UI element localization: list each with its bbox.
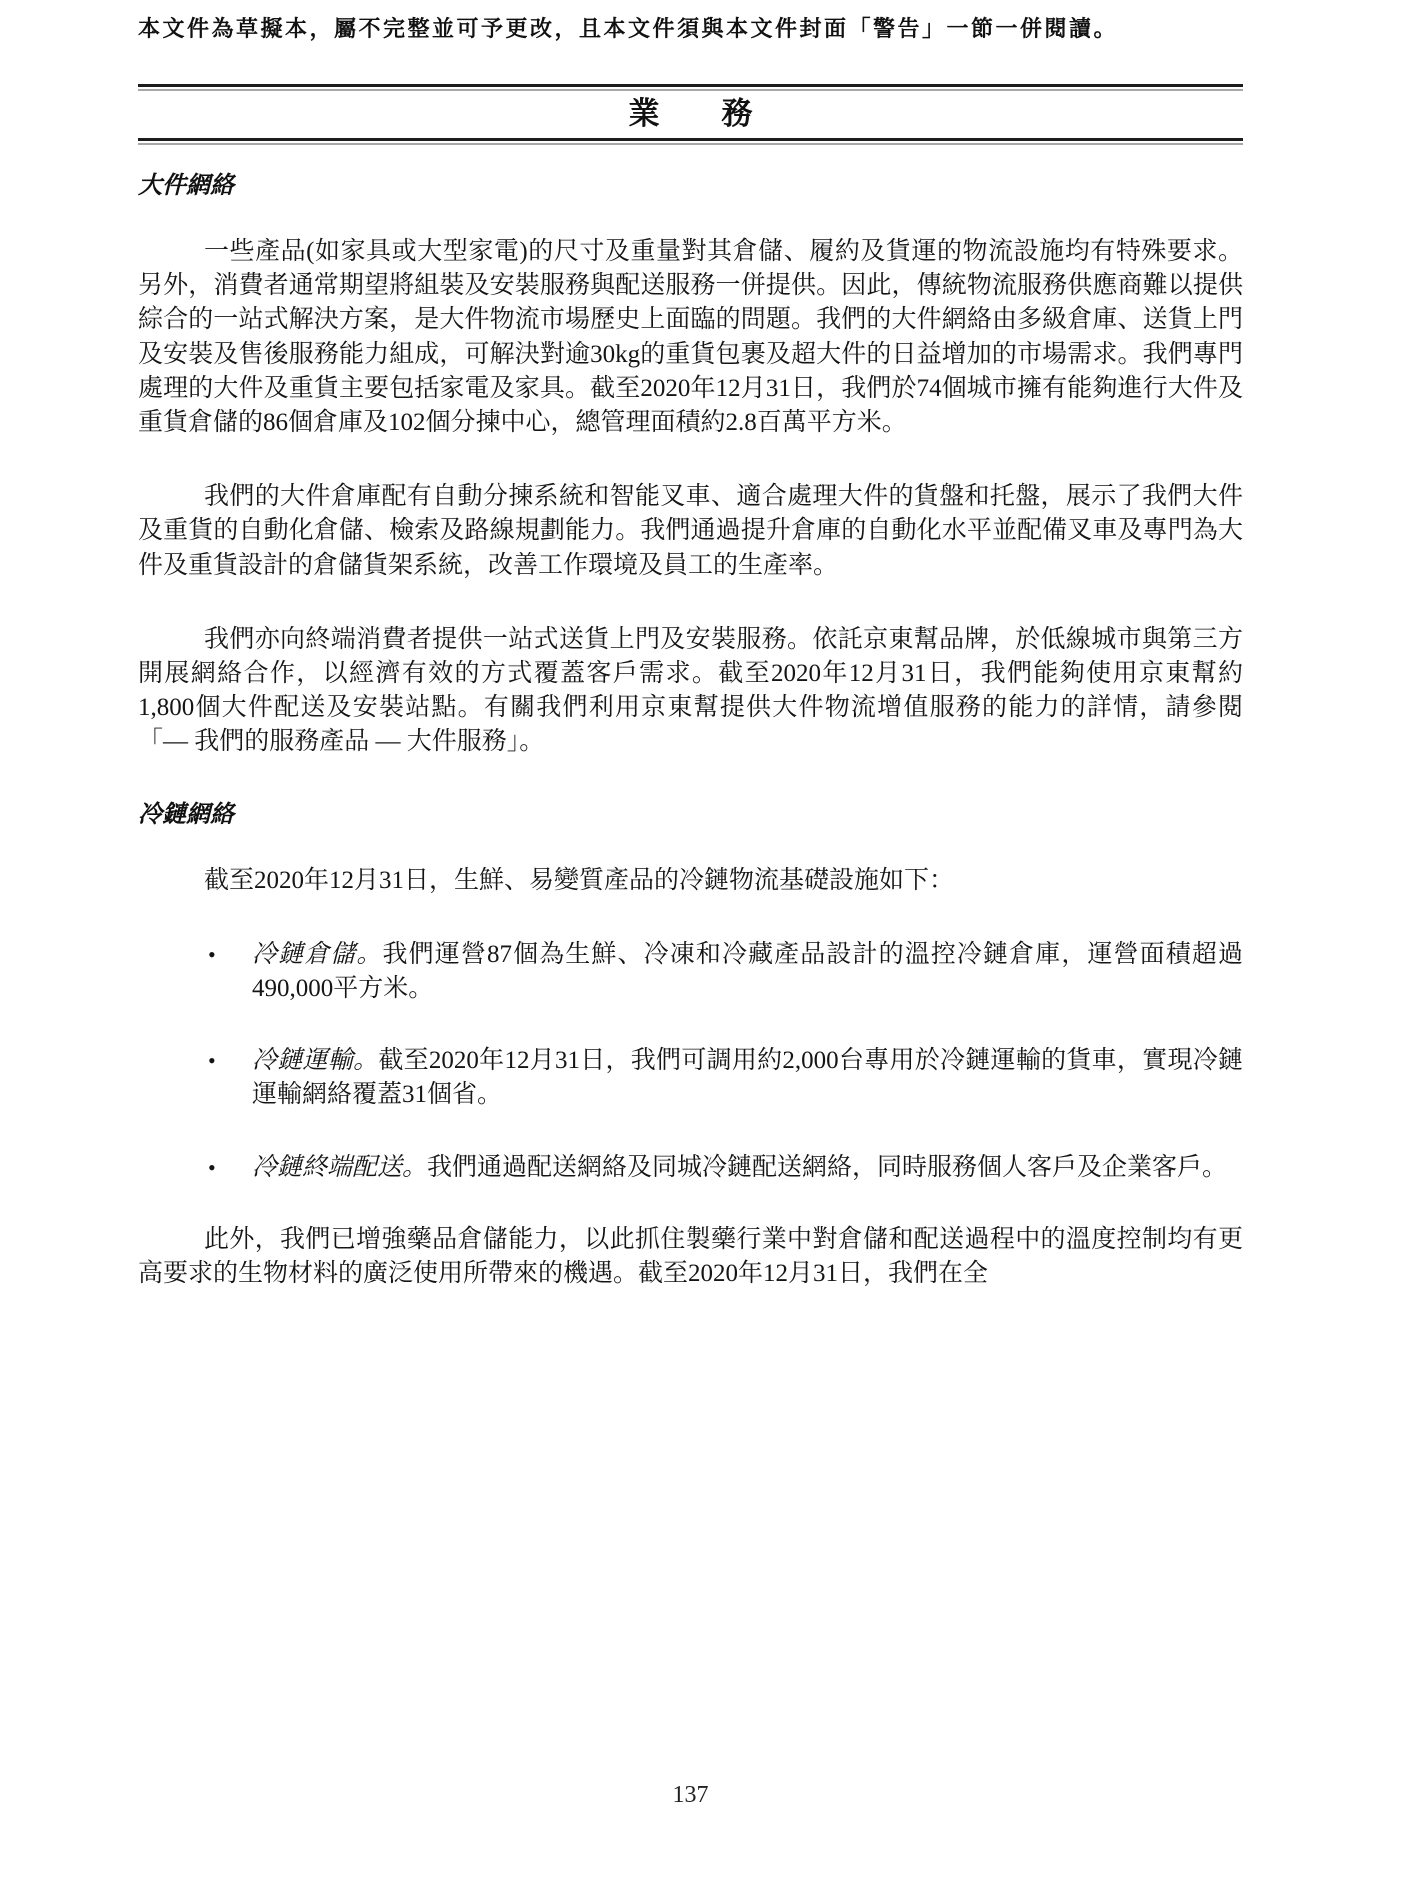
paragraph-bulky-1: 一些產品(如家具或大型家電)的尺寸及重量對其倉儲、履約及貨運的物流設施均有特殊要… [138, 235, 1243, 440]
paragraph-cold-chain-intro: 截至2020年12月31日，生鮮、易變質產品的冷鏈物流基礎設施如下： [138, 864, 1243, 898]
bullet-icon: • [208, 938, 252, 972]
bullet-body-text: 我們通過配送網絡及同城冷鏈配送網絡，同時服務個人客戶及企業客戶。 [427, 1154, 1227, 1181]
title-rule-bottom [138, 138, 1243, 145]
paragraph-cold-chain-closing: 此外，我們已增強藥品倉儲能力，以此抓住製藥行業中對倉儲和配送過程中的溫度控制均有… [138, 1223, 1243, 1291]
section-heading-bulky-network: 大件網絡 [138, 171, 1243, 201]
bullet-text: 冷鏈倉儲。我們運營87個為生鮮、冷凍和冷藏產品設計的溫控冷鏈倉庫，運營面積超過4… [252, 938, 1243, 1006]
cold-chain-bullet-list: • 冷鏈倉儲。我們運營87個為生鮮、冷凍和冷藏產品設計的溫控冷鏈倉庫，運營面積超… [208, 938, 1243, 1185]
bullet-lead-label: 冷鏈運輸。 [252, 1047, 378, 1074]
title-block: 業 務 [138, 84, 1243, 145]
paragraph-bulky-3: 我們亦向終端消費者提供一站式送貨上門及安裝服務。依託京東幫品牌，於低線城市與第三… [138, 623, 1243, 760]
page-title: 業 務 [138, 91, 1243, 138]
bullet-body-text: 我們運營87個為生鮮、冷凍和冷藏產品設計的溫控冷鏈倉庫，運營面積超過490,00… [252, 941, 1243, 1002]
bullet-body-text: 截至2020年12月31日，我們可調用約2,000台專用於冷鏈運輸的貨車，實現冷… [252, 1047, 1243, 1108]
list-item-cold-chain-transport: • 冷鏈運輸。截至2020年12月31日，我們可調用約2,000台專用於冷鏈運輸… [208, 1044, 1243, 1112]
bullet-lead-label: 冷鏈倉儲。 [252, 941, 383, 968]
section-heading-cold-chain-network: 冷鏈網絡 [138, 800, 1243, 830]
list-item-cold-chain-last-mile: • 冷鏈終端配送。我們通過配送網絡及同城冷鏈配送網絡，同時服務個人客戶及企業客戶… [208, 1151, 1243, 1185]
bullet-text: 冷鏈運輸。截至2020年12月31日，我們可調用約2,000台專用於冷鏈運輸的貨… [252, 1044, 1243, 1112]
bullet-icon: • [208, 1151, 252, 1185]
title-rule-top [138, 84, 1243, 91]
paragraph-bulky-2: 我們的大件倉庫配有自動分揀系統和智能叉車、適合處理大件的貨盤和托盤，展示了我們大… [138, 480, 1243, 583]
bullet-lead-label: 冷鏈終端配送。 [252, 1154, 427, 1181]
page-number: 137 [138, 1782, 1243, 1809]
document-page: 本文件為草擬本，屬不完整並可予更改，且本文件須與本文件封面「警告」一節一併閱讀。… [0, 0, 1411, 1881]
list-item-cold-chain-warehousing: • 冷鏈倉儲。我們運營87個為生鮮、冷凍和冷藏產品設計的溫控冷鏈倉庫，運營面積超… [208, 938, 1243, 1006]
draft-disclaimer: 本文件為草擬本，屬不完整並可予更改，且本文件須與本文件封面「警告」一節一併閱讀。 [138, 14, 1243, 44]
bullet-text: 冷鏈終端配送。我們通過配送網絡及同城冷鏈配送網絡，同時服務個人客戶及企業客戶。 [252, 1151, 1243, 1185]
bullet-icon: • [208, 1044, 252, 1078]
